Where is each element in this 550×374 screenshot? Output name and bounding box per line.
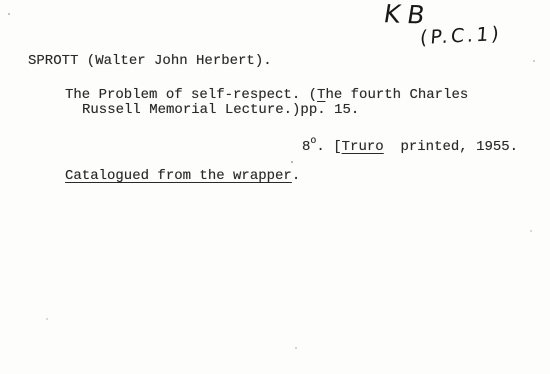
author-heading: SPROTT (Walter John Herbert). <box>28 53 272 69</box>
cataloguing-note: Catalogued from the wrapper. <box>65 168 300 184</box>
title-line-2: Russell Memorial Lecture.)pp. 15. <box>82 102 359 118</box>
handwritten-shelfmark: KB <box>382 0 434 30</box>
imprint-line: 8o. [Truro printed, 1955. <box>302 134 518 155</box>
catalogue-card: KB (P.C.1) SPROTT (Walter John Herbert).… <box>0 0 550 374</box>
handwritten-classmark: (P.C.1) <box>419 23 502 49</box>
title-line-1: The Problem of self-respect. (The fourth… <box>65 87 468 103</box>
scan-noise <box>0 0 2 2</box>
